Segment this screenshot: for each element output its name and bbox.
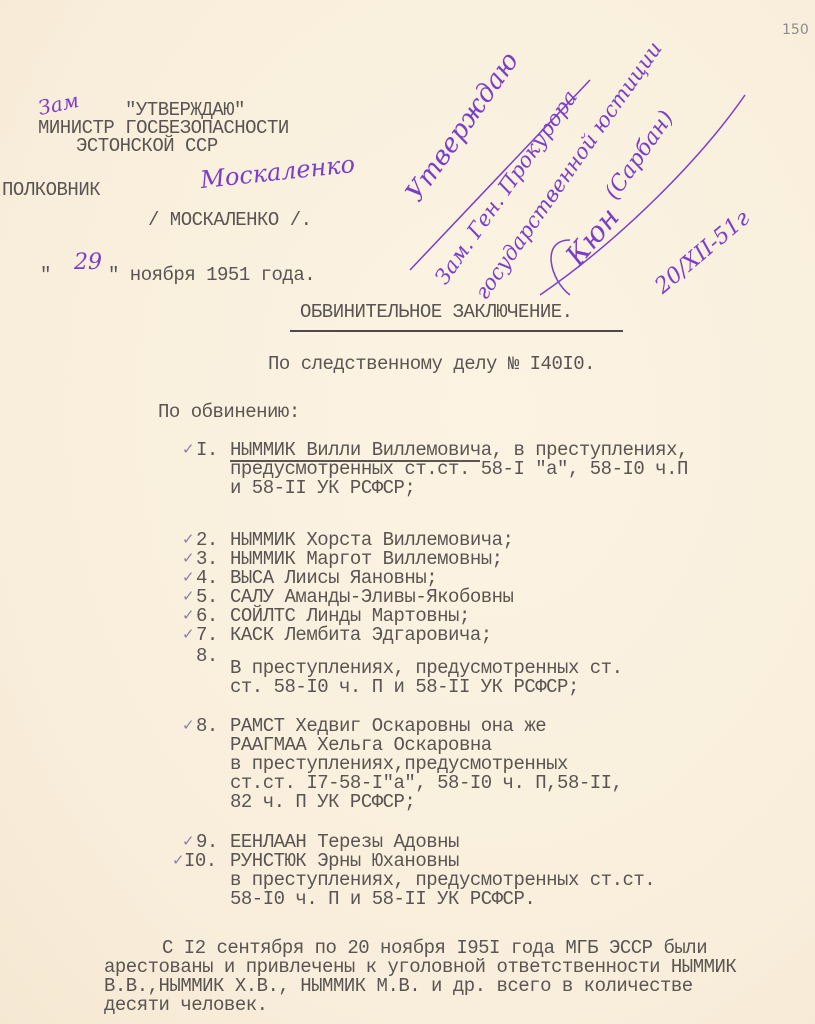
item-line: НЫММИК Маргот Виллемовны; bbox=[230, 549, 503, 569]
resolution-strokes bbox=[400, 40, 780, 320]
date-day-handwritten: 29 bbox=[74, 250, 102, 275]
check-mark-icon: ✓ bbox=[182, 606, 195, 624]
check-mark-icon: ✓ bbox=[182, 716, 195, 734]
item-line: НЫММИК Вилли Виллемовича, в преступления… bbox=[230, 440, 688, 460]
item-line: ст.ст. I7-58-I"а", 58-I0 ч. П,58-II, bbox=[230, 773, 622, 793]
item-line: САЛУ Аманды-Эливы-Якобовны bbox=[230, 587, 513, 607]
item-line: НЫММИК Хорста Виллемовича; bbox=[230, 530, 513, 550]
item-line: В преступлениях, предусмотренных ст. bbox=[230, 658, 622, 678]
item-number: 8. bbox=[196, 716, 218, 736]
item-line: ЕЕНЛААН Терезы Адовны bbox=[230, 832, 459, 852]
check-mark-icon: ✓ bbox=[182, 568, 195, 586]
item-number: 7. bbox=[196, 625, 218, 645]
item-line: ВЫСА Лиисы Яановны; bbox=[230, 568, 437, 588]
page-number: 150 bbox=[782, 22, 809, 38]
approval-name: / МОСКАЛЕНКО /. bbox=[148, 210, 312, 230]
item-number: 8. bbox=[196, 646, 218, 666]
title-underline bbox=[290, 330, 623, 332]
paragraph-line: десяти человек. bbox=[104, 995, 268, 1015]
item-line: СОЙЛТС Линды Мартовны; bbox=[230, 606, 470, 626]
item-line: РУНСТЮК Эрны Юхановны bbox=[230, 851, 459, 871]
check-mark-icon: ✓ bbox=[182, 587, 195, 605]
check-mark-icon: ✓ bbox=[172, 851, 185, 869]
item-number: 4. bbox=[196, 568, 218, 588]
check-mark-icon: ✓ bbox=[182, 530, 195, 548]
paragraph-line: В.В.,НЫММИК Х.В., НЫММИК М.В. и др. всег… bbox=[104, 976, 693, 996]
approval-title-line2: ЭСТОНСКОЙ ССР bbox=[76, 136, 218, 156]
minister-signature: Москаленко bbox=[199, 150, 356, 194]
paragraph-line: арестованы и привлечены к уголовной отве… bbox=[104, 957, 736, 977]
item-number: 2. bbox=[196, 530, 218, 550]
date-rest: " ноября 1951 года. bbox=[108, 265, 315, 285]
item-line: 82 ч. П УК РСФСР; bbox=[230, 792, 415, 812]
item-line: и 58-II УК РСФСР; bbox=[230, 478, 415, 498]
item-line: в преступлениях,предусмотренных bbox=[230, 754, 568, 774]
item-number: 9. bbox=[196, 832, 218, 852]
document-page: 150 Зам "УТВЕРЖДАЮ" МИНИСТР ГОСБЕЗОПАСНО… bbox=[0, 0, 815, 1024]
case-number-line: По следственному делу № I40I0. bbox=[268, 354, 595, 374]
paragraph-line: С I2 сентября по 20 ноября I95I года МГБ… bbox=[162, 938, 707, 958]
item-number: 3. bbox=[196, 549, 218, 569]
item-line: ст. 58-I0 ч. П и 58-II УК РСФСР; bbox=[230, 677, 579, 697]
approval-rank: ПОЛКОВНИК bbox=[2, 180, 100, 200]
item-number: 6. bbox=[196, 606, 218, 626]
check-mark-icon: ✓ bbox=[182, 549, 195, 567]
item-number: 5. bbox=[196, 587, 218, 607]
handwritten-zam: Зам bbox=[36, 88, 81, 120]
check-mark-icon: ✓ bbox=[182, 625, 195, 643]
check-mark-icon: ✓ bbox=[182, 832, 195, 850]
item-line: предусмотренных ст.ст. 58-I "а", 58-I0 ч… bbox=[230, 459, 688, 479]
item-line: РААГМАА Хельга Оскаровна bbox=[230, 735, 492, 755]
item-line: КАСК Лембита Эдгаровича; bbox=[230, 625, 492, 645]
charge-heading: По обвинению: bbox=[158, 402, 300, 422]
date-quote-open: " bbox=[40, 265, 51, 285]
item-line: в преступлениях, предусмотренных ст.ст. bbox=[230, 870, 655, 890]
item-number: I. bbox=[196, 440, 218, 460]
document-title: ОБВИНИТЕЛЬНОЕ ЗАКЛЮЧЕНИЕ. bbox=[300, 302, 573, 322]
check-mark-icon: ✓ bbox=[182, 440, 195, 458]
item-line: РАМСТ Хедвиг Оскаровны она же bbox=[230, 716, 546, 736]
handwritten-resolution: Утверждаю Зам. Ген. Прокурора государств… bbox=[400, 40, 780, 320]
item-line: 58-I0 ч. П и 58-II УК РСФСР. bbox=[230, 889, 535, 909]
item-number: I0. bbox=[184, 851, 217, 871]
